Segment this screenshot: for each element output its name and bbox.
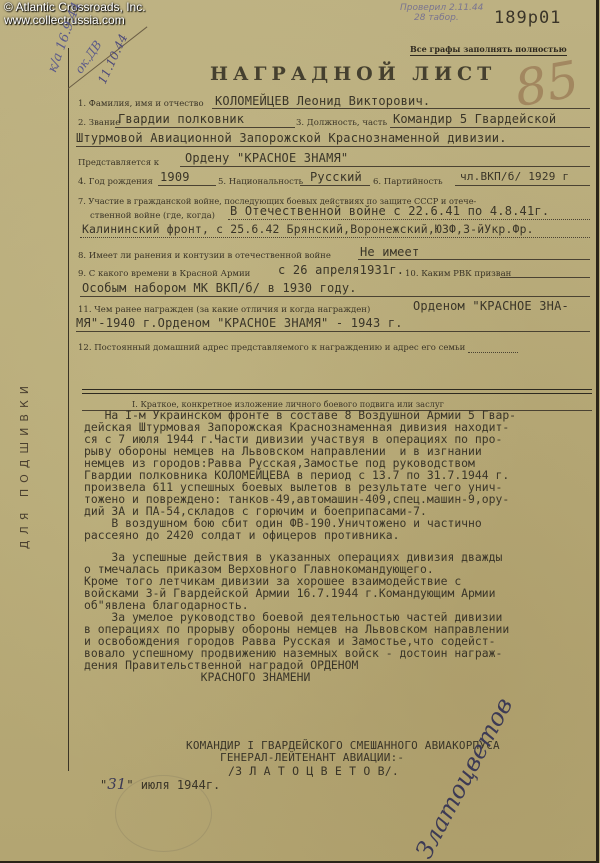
field-value-army-since: с 26 апреля1931г. [278, 263, 404, 277]
signatory-name: /З Л А Т О Ц В Е Т О В/. [228, 764, 399, 778]
underline [115, 127, 295, 128]
field-label-home-address: 12. Постоянный домашний адрес представля… [78, 343, 465, 353]
signatory-rank: ГЕНЕРАЛ-ЛЕЙТЕНАНТ АВИАЦИИ:- [220, 751, 404, 764]
field-label-name: 1. Фамилия, имя и отчество [78, 99, 204, 109]
dotted-underline [80, 237, 590, 238]
field-label-war-participation-cont: ственной войне (где, когда) [90, 211, 215, 221]
underline [180, 166, 590, 167]
field-value-position: Командир 5 Гвардейской [393, 112, 556, 126]
dotted-underline [468, 352, 518, 353]
underline [212, 108, 590, 109]
field-label-rank: 2. Звание [78, 118, 120, 128]
underline [390, 127, 590, 128]
underline [76, 146, 590, 147]
field-value-previous-awards-cont: МЯ"-1940 г.Орденом "КРАСНОЕ ЗНАМЯ" - 194… [76, 316, 403, 330]
field-label-army-since: 9. С какого времени в Красной Армии [78, 269, 250, 279]
underline [358, 259, 590, 260]
field-label-previous-awards: 11. Чем ранее награжден (за какие отличи… [78, 305, 370, 315]
underline [158, 185, 216, 186]
document-date: "31" июля 1944г. [100, 775, 220, 793]
field-value-war-participation-cont: Калининский фронт, с 25.6.42 Брянский,Во… [82, 222, 534, 236]
date-rest: июля 1944г. [141, 778, 220, 792]
margin-handwritten-date: 11.10.44 [95, 32, 130, 86]
field-label-party: 6. Партийность [373, 177, 443, 187]
underline [455, 185, 590, 186]
dotted-underline [228, 219, 590, 220]
field-value-birth-year: 1909 [160, 170, 190, 184]
field-label-conscription: 10. Каким РВК призван [405, 269, 511, 279]
field-label-position: 3. Должность, часть [296, 118, 387, 128]
underline [80, 296, 590, 297]
field-value-conscription: Особым набором МК ВКП/б/ в 1930 году. [82, 281, 357, 295]
binding-margin-label: ДЛЯ ПОДШИВКИ [18, 380, 32, 549]
field-value-nominated: Ордену "КРАСНОЕ ЗНАМЯ" [185, 151, 348, 165]
award-sheet-document: © Atlantic Crossroads, Inc. www.collectr… [0, 0, 599, 863]
pencil-note-line: 28 табор. [400, 13, 483, 23]
field-label-nationality: 5. Национальность [218, 177, 303, 187]
field-label-wounds: 8. Имеет ли ранения и контузии в отечест… [78, 251, 331, 261]
date-day: 31 [107, 775, 126, 793]
underline [300, 185, 370, 186]
margin-rule [68, 48, 69, 771]
underline [76, 331, 590, 332]
field-value-wounds: Не имеет [360, 245, 419, 259]
archive-number: 189р01 [494, 8, 561, 28]
field-value-name: КОЛОМЕЙЦЕВ Леонид Викторович. [215, 94, 430, 108]
field-label-nominated: Представляется к [78, 158, 159, 168]
merit-narrative: На I-м Украинском фронте в составе 8 Воз… [84, 409, 599, 683]
narrative-line: рассеяно до 2420 солдат и офицеров проти… [84, 529, 599, 541]
document-title: НАГРАДНОЙ ЛИСТ [210, 63, 496, 85]
field-value-party: чл.ВКП/б/ 1929 г [460, 170, 569, 183]
pencil-note: Проверил 2.11.44 28 табор. [400, 3, 483, 23]
underline [500, 277, 590, 278]
field-label-birth-year: 4. Год рождения [78, 177, 153, 187]
field-value-rank: Гвардии полковник [118, 112, 244, 126]
field-value-war-participation: В Отечественной войне с 22.6.41 по 4.8.4… [230, 204, 549, 218]
section-divider [82, 389, 592, 394]
field-value-position-cont: Штурмовой Авиационной Запорожской Красно… [76, 131, 507, 145]
narrative-line: КРАСНОГО ЗНАМЕНИ [84, 671, 599, 683]
pencil-note-line: Проверил 2.11.44 [400, 3, 483, 13]
handwritten-signature: Златоцветов [410, 693, 518, 863]
field-value-previous-awards: Орденом "КРАСНОЕ ЗНА- [413, 299, 569, 313]
field-value-nationality: Русский [310, 170, 362, 184]
